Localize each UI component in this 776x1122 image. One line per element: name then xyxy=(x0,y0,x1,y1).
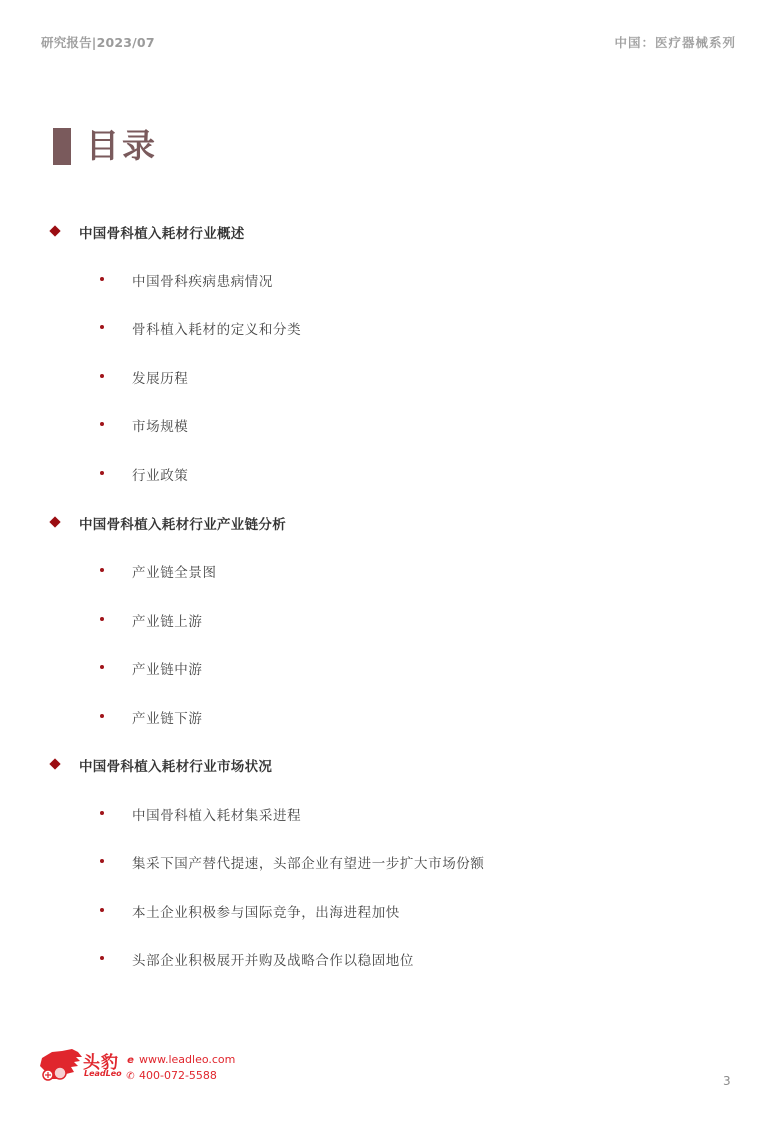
dot-bullet-icon xyxy=(100,956,104,960)
dot-bullet-icon xyxy=(100,859,104,863)
toc-item-label: 中国骨科疾病患病情况 xyxy=(132,270,273,290)
dot-bullet-icon xyxy=(100,325,104,329)
toc-section-label: 中国骨科植入耗材行业市场状况 xyxy=(79,755,272,775)
dot-bullet-icon xyxy=(100,665,104,669)
dot-bullet-icon xyxy=(100,568,104,572)
dot-bullet-icon xyxy=(100,422,104,426)
report-series-title: 中国：医疗器械系列 xyxy=(614,33,736,51)
toc-item-label: 产业链上游 xyxy=(132,610,203,630)
diamond-bullet-icon xyxy=(49,225,60,236)
title-accent-bar xyxy=(53,128,71,165)
dot-bullet-icon xyxy=(100,471,104,475)
page-title: 目录 xyxy=(86,124,158,168)
brand-name-en: LeadLeo xyxy=(84,1069,122,1078)
website-link[interactable]: www.leadleo.com xyxy=(139,1052,235,1068)
dot-bullet-icon xyxy=(100,374,104,378)
toc-item-label: 本土企业积极参与国际竞争，出海进程加快 xyxy=(132,901,400,921)
dot-bullet-icon xyxy=(100,714,104,718)
diamond-bullet-icon xyxy=(49,758,60,769)
toc-item-label: 骨科植入耗材的定义和分类 xyxy=(132,318,301,338)
toc-item-label: 头部企业积极展开并购及战略合作以稳固地位 xyxy=(132,949,414,969)
toc-item-label: 发展历程 xyxy=(132,367,188,387)
phone-icon: ✆ xyxy=(125,1071,136,1082)
leadleo-leopard-logo-icon xyxy=(38,1048,84,1082)
toc-item-label: 产业链中游 xyxy=(132,658,203,678)
ie-icon: e xyxy=(125,1055,136,1066)
toc-section-label: 中国骨科植入耗材行业产业链分析 xyxy=(79,513,286,533)
toc-item-label: 产业链全景图 xyxy=(132,561,217,581)
dot-bullet-icon xyxy=(100,617,104,621)
toc-item-label: 集采下国产替代提速，头部企业有望进一步扩大市场份额 xyxy=(132,852,485,872)
toc-item-label: 市场规模 xyxy=(132,415,188,435)
toc-section-label: 中国骨科植入耗材行业概述 xyxy=(79,222,245,242)
dot-bullet-icon xyxy=(100,811,104,815)
report-header-date: 研究报告|2023/07 xyxy=(41,33,155,51)
dot-bullet-icon xyxy=(100,908,104,912)
contact-info: e www.leadleo.com ✆ 400-072-5588 xyxy=(125,1052,235,1084)
phone-number: 400-072-5588 xyxy=(139,1068,217,1084)
diamond-bullet-icon xyxy=(49,516,60,527)
dot-bullet-icon xyxy=(100,277,104,281)
toc-item-label: 产业链下游 xyxy=(132,707,203,727)
toc-item-label: 中国骨科植入耗材集采进程 xyxy=(132,804,301,824)
toc-item-label: 行业政策 xyxy=(132,464,188,484)
page-number: 3 xyxy=(723,1074,731,1088)
